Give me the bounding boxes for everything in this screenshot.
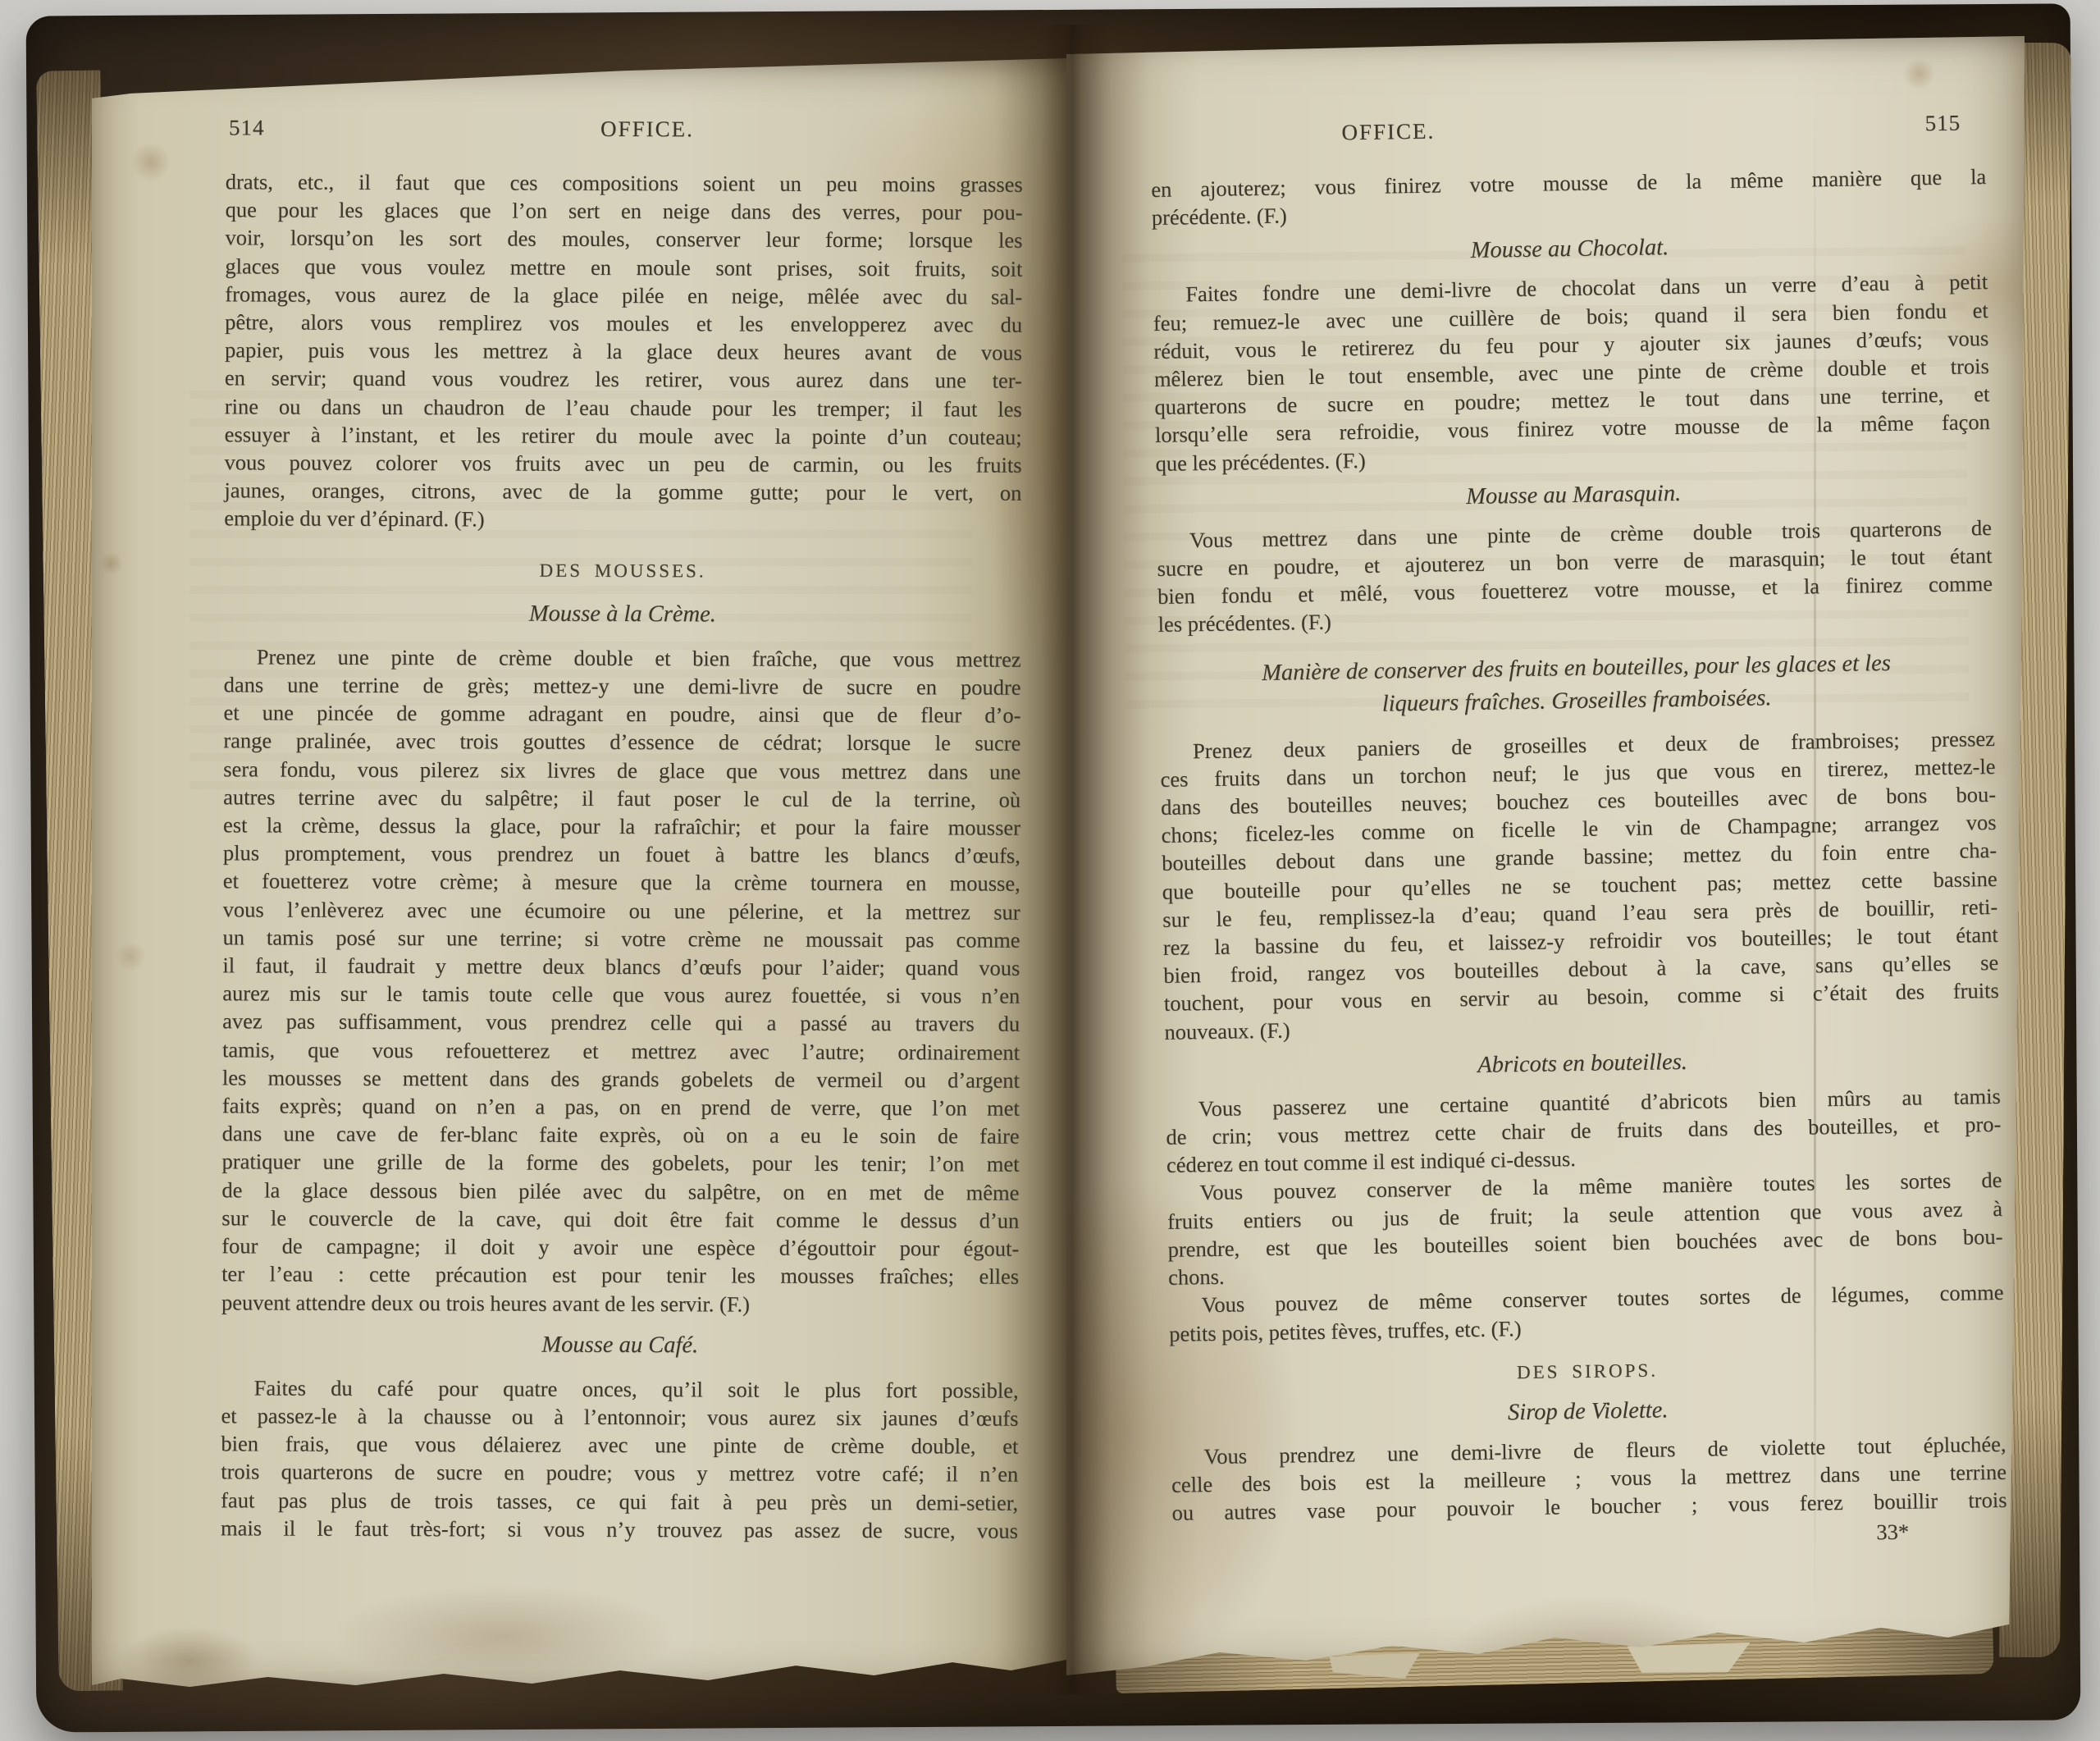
text-column: drats, etc., il faut que ces composition… xyxy=(221,167,1023,1544)
text-line: faut pas plus de trois tasses, ce qui fa… xyxy=(221,1486,1018,1517)
text-line: peuvent attendre deux ou trois heures av… xyxy=(221,1288,1019,1319)
text-line: jaunes, oranges, citrons, avec de la gom… xyxy=(224,477,1021,508)
page-number: 515 xyxy=(1924,108,1961,137)
text-line: de la glace dessous bien pilée avec du s… xyxy=(221,1176,1019,1207)
text-line: autres terrine avec du salpêtre; il faut… xyxy=(223,783,1020,814)
text-line: ter l’eau : cette précaution est pour te… xyxy=(221,1260,1019,1291)
text-line: dans une terrine de grès; mettez-y une d… xyxy=(224,670,1021,701)
running-title: OFFICE. xyxy=(1150,114,1627,149)
page-header: 514 OFFICE. xyxy=(226,113,1023,162)
section-heading: Mousse au Café. xyxy=(221,1329,1019,1361)
left-page-text: 514 OFFICE. drats, etc., il faut que ces… xyxy=(221,113,1023,1544)
text-line: papier, puis vous les mettrez à la glace… xyxy=(225,336,1022,368)
paragraph: Prenez deux paniers de groseilles et deu… xyxy=(1160,724,2000,1046)
text-line: Prenez une pinte de crème double et bien… xyxy=(224,642,1021,674)
text-line: Mousse au Marasquin. xyxy=(1156,474,1991,517)
text-line: liqueurs fraîches. Groseilles framboisée… xyxy=(1159,679,1995,724)
paragraph: Vous pouvez conserver de la même manière… xyxy=(1166,1166,2003,1291)
text-line: Sirop de Violette. xyxy=(1171,1391,2006,1433)
text-line: et une pincée de gomme adragant en poudr… xyxy=(223,699,1020,730)
text-line: four de campagne; il doit y avoir une es… xyxy=(221,1231,1019,1263)
paragraph: drats, etc., il faut que ces composition… xyxy=(224,167,1023,535)
text-line: trois quarterons de sucre en poudre; vou… xyxy=(221,1458,1018,1489)
text-line: voir, lorsqu’on les sort des moules, con… xyxy=(225,224,1022,255)
section-heading: Mousse au Chocolat. xyxy=(1152,228,1987,271)
text-line: feu; remuez-le avec une cuillère de bois… xyxy=(1153,296,1988,337)
text-line: range pralinée, avec trois gouttes d’ess… xyxy=(223,727,1020,758)
text-line: réduit, vous le retirerez du feu pour y … xyxy=(1153,324,1988,365)
paragraph: Vous pouvez de même conserver toutes sor… xyxy=(1168,1278,2004,1347)
text-line: mêlerez bien le tout ensemble, avec une … xyxy=(1154,352,1989,393)
photo-backdrop: 514 OFFICE. drats, etc., il faut que ces… xyxy=(0,0,2100,1741)
text-line: lorsqu’elle sera refroidie, vous finirez… xyxy=(1155,408,1990,449)
text-line: Mousse à la Crème. xyxy=(224,598,1021,630)
text-line: DES SIROPS. xyxy=(1170,1353,2005,1394)
text-line: avez pas suffisamment, vous prendrez cel… xyxy=(222,1008,1020,1039)
section-heading: DES SIROPS. xyxy=(1170,1353,2005,1394)
text-column: en ajouterez; vous finirez votre mousse … xyxy=(1151,162,2007,1527)
section-heading: Abricots en bouteilles. xyxy=(1165,1043,2000,1085)
text-line: les précédentes. (F.) xyxy=(1157,597,1993,638)
paragraph: Vous mettrez dans une pinte de crème dou… xyxy=(1157,514,1993,639)
text-line: en servir; quand vous voudrez les retire… xyxy=(225,364,1022,395)
text-line: que les précédentes. (F.) xyxy=(1155,436,1990,478)
section-heading: Sirop de Violette. xyxy=(1171,1391,2006,1433)
right-page: OFFICE. 515 en ajouterez; vous finirez v… xyxy=(1066,33,2025,1680)
text-line: tamis, que vous refouetterez et mettrez … xyxy=(222,1035,1020,1067)
left-page: 514 OFFICE. drats, etc., il faut que ces… xyxy=(92,56,1070,1693)
text-line: emploie du ver d’épinard. (F.) xyxy=(224,505,1021,536)
text-line: Faites du café pour quatre onces, qu’il … xyxy=(221,1373,1019,1405)
text-line: est la crème, dessus la glace, pour la r… xyxy=(223,811,1020,842)
section-heading: Manière de conserver des fruits en boute… xyxy=(1158,646,1994,724)
text-line: vous l’enlèverez avec une écumoire ou un… xyxy=(223,895,1020,926)
text-line: Mousse au Café. xyxy=(221,1329,1019,1361)
text-line: faits exprès; quand on n’en a pas, on en… xyxy=(222,1091,1020,1122)
paragraph: Faites du café pour quatre onces, qu’il … xyxy=(221,1373,1019,1545)
paragraph: en ajouterez; vous finirez votre mousse … xyxy=(1151,162,1987,231)
text-line: drats, etc., il faut que ces composition… xyxy=(226,167,1023,199)
text-line: et fouetterez votre crème; à mesure que … xyxy=(223,867,1020,898)
paragraph: Prenez une pinte de crème double et bien… xyxy=(221,642,1021,1318)
text-line: les mousses se mettent dans des grands g… xyxy=(222,1063,1020,1094)
text-line: Vous mettrez dans une pinte de crème dou… xyxy=(1157,514,1992,555)
text-line: rine ou dans un chaudron de l’eau chaude… xyxy=(225,392,1022,423)
text-line: dans une cave de fer-blanc faite exprès,… xyxy=(222,1120,1020,1151)
text-line: Faites fondre une demi-livre de chocolat… xyxy=(1153,267,1988,308)
text-line: un tamis posé sur une terrine; si votre … xyxy=(222,923,1020,954)
text-line: Manière de conserver des fruits en boute… xyxy=(1158,646,1994,692)
right-page-text: OFFICE. 515 en ajouterez; vous finirez v… xyxy=(1150,108,2007,1556)
text-line: aurez mis sur le tamis toute celle que v… xyxy=(222,980,1020,1011)
text-line: Mousse au Chocolat. xyxy=(1152,228,1987,271)
text-line: et passez-le à la chausse ou à l’entonno… xyxy=(221,1401,1018,1433)
text-line: bien frais, que vous délaierez avec une … xyxy=(221,1429,1018,1460)
text-line: sur le couvercle de la cave, qui doit êt… xyxy=(221,1204,1019,1235)
text-line: pêtre, alors vous remplirez vos moules e… xyxy=(225,308,1022,339)
text-line: il faut, il faudrait y mettre deux blanc… xyxy=(222,951,1020,982)
paragraph: Faites fondre une demi-livre de chocolat… xyxy=(1153,267,1991,477)
text-line: DES MOUSSES. xyxy=(224,557,1021,588)
text-line: fromages, vous aurez de la glace pilée e… xyxy=(225,280,1022,311)
page-header: OFFICE. 515 xyxy=(1150,108,1986,167)
section-heading: Mousse au Marasquin. xyxy=(1156,474,1991,517)
text-line: sucre en poudre, et ajouterez un bon ver… xyxy=(1157,541,1992,583)
section-heading: Mousse à la Crème. xyxy=(224,598,1021,630)
paragraph: Vous prendrez une demi-livre de fleurs d… xyxy=(1171,1430,2006,1528)
text-line: que pour les glaces que l’on sert en nei… xyxy=(226,196,1023,227)
paragraph: Vous passerez une certaine quantité d’ab… xyxy=(1166,1082,2002,1180)
text-line: quarterons de sucre en poudre; mettez le… xyxy=(1154,380,1989,421)
text-line: bien fondu et mêlé, vous fouetterez votr… xyxy=(1157,569,1993,610)
text-line: mais il le faut très-fort; si vous n’y t… xyxy=(221,1514,1018,1545)
text-line: essuyer à l’instant, et les retirer du m… xyxy=(225,420,1022,451)
text-line: Abricots en bouteilles. xyxy=(1165,1043,2000,1085)
text-line: glaces que vous voulez mettre en moule s… xyxy=(225,252,1022,283)
text-line: sera fondu, vous pilerez six livres de g… xyxy=(223,755,1020,786)
text-line: vous pouvez colorer vos fruits avec un p… xyxy=(224,448,1021,479)
section-heading: DES MOUSSES. xyxy=(224,557,1021,588)
text-line: pratiquer une grille de la forme des gob… xyxy=(222,1148,1020,1179)
running-title: OFFICE. xyxy=(226,113,1023,144)
text-line: plus promptement, vous prendrez un fouet… xyxy=(223,839,1020,870)
